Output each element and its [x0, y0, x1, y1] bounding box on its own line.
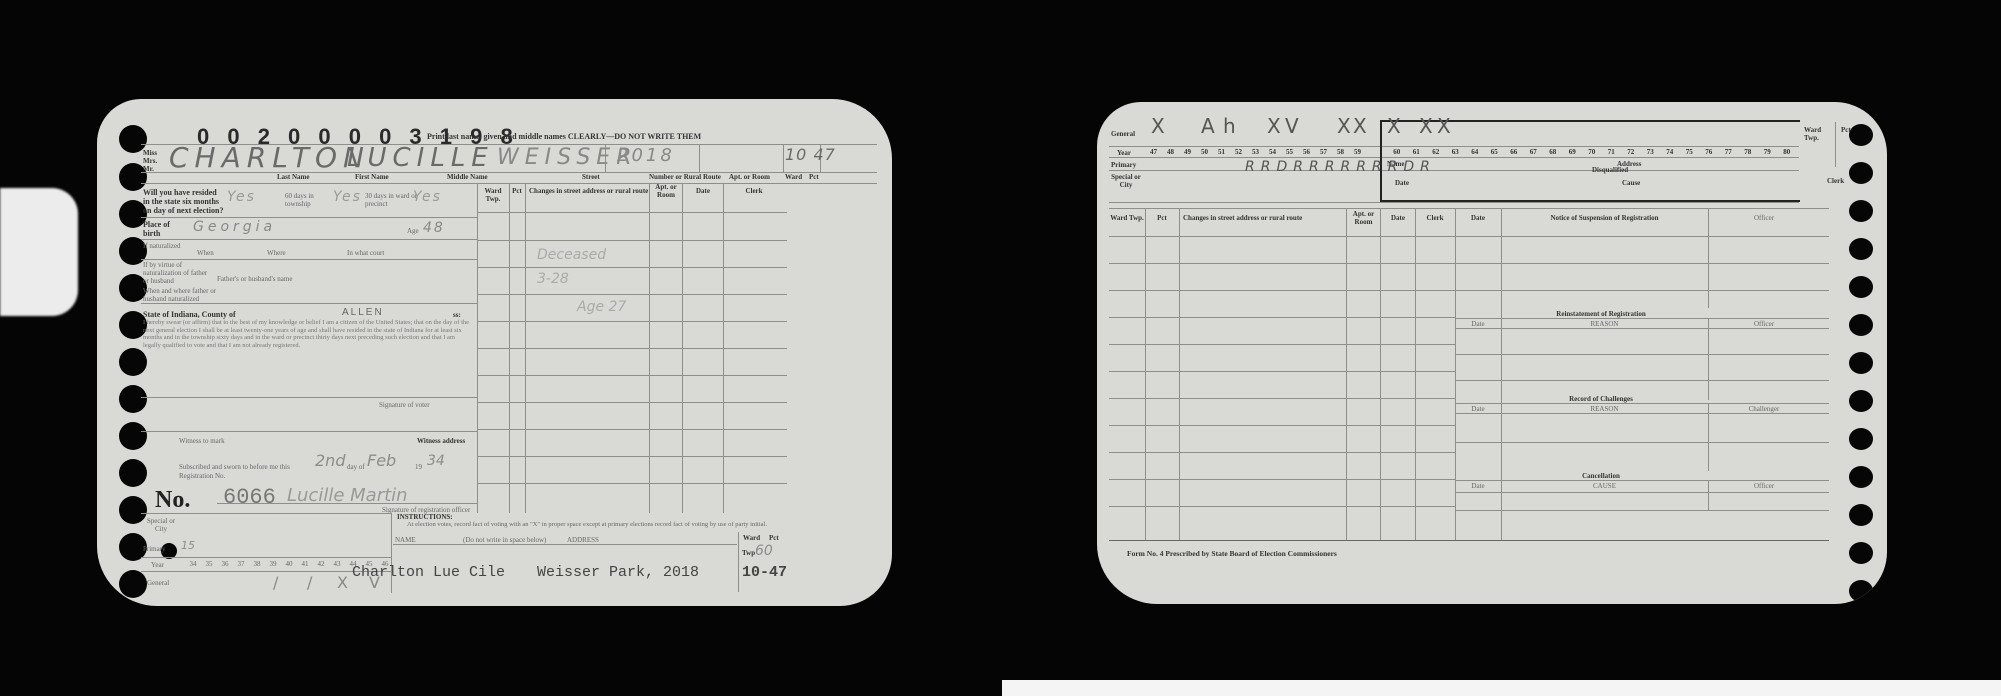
instructions-title: INSTRUCTIONS: — [397, 513, 453, 521]
vote-row-year: Year — [151, 561, 164, 569]
primary-mark: R — [1293, 159, 1303, 175]
primary-mark: D — [1276, 159, 1287, 175]
punch-hole-icon — [1849, 314, 1873, 336]
year-cell: 49 — [1179, 148, 1196, 156]
changes-header-pct: Pct — [509, 187, 525, 195]
year-cell: 80 — [1777, 148, 1797, 156]
year-cell: 77 — [1719, 148, 1739, 156]
day-of-label: day of — [347, 463, 365, 471]
year-cell: 66 — [1504, 148, 1524, 156]
year-cell: 38 — [249, 560, 265, 568]
year-cell: 69 — [1563, 148, 1583, 156]
number-symbol: No. — [155, 487, 190, 514]
changes-header-date: Date — [1381, 214, 1415, 222]
year-cell: 35 — [201, 560, 217, 568]
label-apt: Apt. or Room — [729, 173, 770, 181]
vote-row-general: General — [1111, 130, 1135, 138]
year-cell: 48 — [1162, 148, 1179, 156]
changes-header-ward: Ward Twp. — [1109, 214, 1145, 222]
challenges-header-reason: REASON — [1502, 405, 1707, 413]
year-cell: 65 — [1485, 148, 1505, 156]
year-cell: 73 — [1641, 148, 1661, 156]
changes-header-clerk: Clerk — [724, 187, 784, 195]
changes-header-address: Changes in street address or rural route — [529, 187, 649, 195]
punch-hole-icon — [119, 348, 147, 376]
year-cell: 67 — [1524, 148, 1544, 156]
year-cell: 53 — [1247, 148, 1264, 156]
punch-hole-icon — [1849, 466, 1873, 488]
clerk-label: Clerk — [1827, 177, 1844, 185]
punch-hole-icon — [1849, 238, 1873, 260]
vote-row-primary: Primary — [143, 545, 166, 553]
primary-mark: R — [1340, 159, 1350, 175]
changes-header-apt: Apt. or Room — [1347, 210, 1380, 226]
oath-text: I hereby swear (or affirm) that to the b… — [143, 319, 473, 349]
handwritten-twp: 60 — [755, 543, 773, 559]
date-label: Date — [1395, 179, 1409, 187]
county-value: ALLEN — [342, 307, 384, 318]
year-cell: 47 — [1145, 148, 1162, 156]
year-cell: 39 — [265, 560, 281, 568]
punch-hole-icon — [1849, 504, 1873, 526]
day-value: 2nd — [315, 451, 345, 470]
vote-x-mark: V — [1285, 114, 1299, 138]
title-mrs: Mrs. — [143, 157, 157, 165]
label-first-name: First Name — [355, 173, 389, 181]
residence-township-label: 60 days in township — [285, 192, 335, 208]
vote-row-special: Special or City — [1111, 173, 1141, 189]
disqualified-label: Disqualified — [1592, 166, 1628, 174]
year-cell: 78 — [1738, 148, 1758, 156]
challenges-header-date: Date — [1457, 405, 1499, 413]
year-cell: 75 — [1680, 148, 1700, 156]
reinstatement-title: Reinstatement of Registration — [1501, 310, 1701, 318]
changes-header-date: Date — [683, 187, 723, 195]
reinstatement-header-reason: REASON — [1502, 320, 1707, 328]
vote-x-mark: X — [1353, 114, 1367, 138]
challenges-title: Record of Challenges — [1501, 395, 1701, 403]
year-cell: 55 — [1281, 148, 1298, 156]
year-cell: 60 — [1387, 148, 1407, 156]
vote-x-mark: X — [1387, 114, 1401, 138]
oath-ss: ss: — [453, 311, 461, 319]
vote-x-mark: / — [307, 573, 312, 592]
instructions-twp-label: Twp — [742, 549, 755, 557]
suspension-header-notice: Notice of Suspension of Registration — [1502, 214, 1707, 222]
punch-hole-icon — [119, 422, 147, 450]
year-cell: 57 — [1315, 148, 1332, 156]
primary-marks-row: R R D R R R R R R R D R — [1245, 159, 1430, 175]
year-cell: 56 — [1298, 148, 1315, 156]
street-number-value: 2018 — [617, 145, 675, 166]
vote-row-year: Year — [1117, 149, 1131, 157]
punch-hole-icon — [119, 459, 147, 487]
year-cell: 36 — [217, 560, 233, 568]
year-cell: 71 — [1602, 148, 1622, 156]
ward-twp-label: Ward Twp. — [1804, 126, 1834, 142]
year-cell: 52 — [1230, 148, 1247, 156]
cancellation-header-date: Date — [1457, 482, 1499, 490]
cancellation-title: Cancellation — [1501, 472, 1701, 480]
challenges-header-challenger: Challenger — [1709, 405, 1819, 413]
label-pct: Pct — [809, 173, 819, 181]
form-footer: Form No. 4 Prescribed by State Board of … — [1127, 550, 1337, 558]
punch-hole-icon — [1849, 124, 1873, 146]
punch-hole-icon — [1849, 542, 1873, 564]
age-value: 48 — [423, 220, 445, 236]
years-row-left: 47 48 49 50 51 52 53 54 55 56 57 58 59 — [1145, 148, 1366, 156]
punch-hole-icon — [1849, 390, 1873, 412]
residence-question: Will you have resided in the state six m… — [143, 188, 225, 215]
naturalized-court-label: In what court — [347, 249, 384, 257]
punch-hole-icon — [1849, 352, 1873, 374]
year-cell: 62 — [1426, 148, 1446, 156]
month-value: Feb — [367, 451, 396, 470]
vote-x-mark: h — [1223, 114, 1236, 138]
naturalized-label: If naturalized — [143, 242, 183, 250]
witness-address-label: Witness address — [417, 437, 465, 445]
year-cell: 74 — [1660, 148, 1680, 156]
year-cell: 37 — [233, 560, 249, 568]
birth-value: Georgia — [193, 219, 276, 235]
header-instruction: Print last name, given and middle names … — [427, 132, 701, 141]
year-cell: 79 — [1758, 148, 1778, 156]
reinstatement-header-date: Date — [1457, 320, 1499, 328]
year-cell: 50 — [1196, 148, 1213, 156]
label-street: Street — [582, 173, 600, 181]
cause-label: Cause — [1622, 179, 1640, 187]
naturalized-where-label: Where — [267, 249, 286, 257]
label-last-name: Last Name — [277, 173, 309, 181]
cancellation-header-officer: Officer — [1709, 482, 1819, 490]
year-cell: 70 — [1582, 148, 1602, 156]
cancellation-header-cause: CAUSE — [1502, 482, 1707, 490]
changes-header-address: Changes in street address or rural route — [1183, 214, 1343, 222]
changes-header-apt: Apt. or Room — [650, 183, 682, 199]
registration-no-label: Registration No. — [179, 472, 225, 480]
year-cell: 76 — [1699, 148, 1719, 156]
changes-header-ward: Ward Twp. — [478, 187, 508, 203]
title-miss: Miss — [143, 149, 157, 157]
year-cell: 64 — [1465, 148, 1485, 156]
residence-ward-value: Yes — [413, 189, 442, 205]
label-number: Number or Rural Route — [649, 173, 721, 181]
instructions-ward-label: Ward — [743, 534, 760, 542]
primary-mark: D — [1403, 159, 1414, 175]
punch-hole-icon — [119, 570, 147, 598]
instructions-name-label: NAME — [395, 536, 416, 544]
vote-x-mark: X — [337, 573, 348, 592]
registration-card-back: General Year Primary Special or City 47 … — [1097, 102, 1887, 604]
vote-x-mark: X — [1437, 114, 1451, 138]
suspension-header-officer: Officer — [1709, 214, 1819, 222]
year-cell: 40 — [281, 560, 297, 568]
instructions-text: At election votes, record fact of voting… — [407, 521, 807, 529]
punch-hole-icon — [1849, 162, 1873, 184]
change-entry-3: Age 27 — [577, 299, 626, 315]
punch-hole-icon — [1849, 428, 1873, 450]
vote-row-special: Special or City — [143, 517, 179, 533]
year-cell: 72 — [1621, 148, 1641, 156]
instructions-do-not-write: (Do not write in space below) — [463, 536, 546, 544]
changes-header-pct: Pct — [1146, 214, 1178, 222]
year-cell: 63 — [1446, 148, 1466, 156]
suspension-header-date: Date — [1457, 214, 1499, 222]
primary-mark: R — [1356, 159, 1366, 175]
vote-x-mark: A — [1201, 114, 1215, 138]
year-cell: 61 — [1407, 148, 1427, 156]
typed-name: Charlton Lue Cile — [352, 564, 505, 581]
change-entry-2: 3-28 — [537, 271, 569, 287]
label-middle-name: Middle Name — [447, 173, 488, 181]
vote-x-mark: / — [273, 573, 278, 592]
year-cell: 42 — [313, 560, 329, 568]
punch-hole-icon — [1849, 276, 1873, 298]
primary-mark: 15 — [181, 539, 195, 552]
last-name-value: CHARLTON — [169, 141, 370, 174]
birth-label: Place of birth — [143, 220, 183, 238]
vote-row-primary: Primary — [1111, 161, 1136, 169]
primary-mark: R — [1309, 159, 1319, 175]
typed-address: Weisser Park, 2018 — [537, 564, 699, 581]
punch-hole-icon — [1849, 200, 1873, 222]
year-cell: 41 — [297, 560, 313, 568]
year-cell: 58 — [1332, 148, 1349, 156]
year-cell: 54 — [1264, 148, 1281, 156]
instructions-address-label: ADDRESS — [567, 536, 599, 544]
vote-row-general: General — [147, 579, 169, 587]
primary-mark: R — [1261, 159, 1271, 175]
change-entry-1: Deceased — [537, 247, 606, 263]
when-where-father-label: When and where father or husband natural… — [143, 287, 223, 303]
primary-mark: R — [1372, 159, 1382, 175]
pct-label: Pct — [1841, 126, 1851, 134]
primary-mark: R — [1325, 159, 1335, 175]
changes-header-clerk: Clerk — [1416, 214, 1454, 222]
year-cell: 51 — [1213, 148, 1230, 156]
naturalized-when-label: When — [197, 249, 214, 257]
primary-mark: R — [1420, 159, 1430, 175]
scan-artifact-left — [0, 188, 78, 316]
typed-ward-pct: 10-47 — [742, 564, 787, 581]
witness-label: Witness to mark — [179, 437, 225, 445]
instructions-pct-label: Pct — [769, 534, 779, 542]
ward-pct-value: 10 47 — [785, 145, 836, 164]
residence-township-value: Yes — [333, 189, 362, 205]
years-row-right: 60 61 62 63 64 65 66 67 68 69 70 71 72 7… — [1387, 148, 1797, 156]
virtue-label: If by virtue of naturalization of father… — [143, 261, 213, 285]
residence-state-value: Yes — [227, 189, 256, 205]
vote-x-mark: X — [1419, 114, 1433, 138]
oath-state-county: State of Indiana, County of — [143, 310, 236, 319]
vote-x-mark: X — [1267, 114, 1281, 138]
vote-x-mark: X — [1151, 114, 1165, 138]
year-prefix: 19 — [415, 463, 422, 471]
registration-card-front: 0 0 2 0 0 0 0 3 1 9 8 Print last name, g… — [97, 99, 892, 606]
punch-hole-icon — [1849, 580, 1873, 602]
signature-voter-label: Signature of voter — [379, 401, 430, 409]
year-cell: 68 — [1543, 148, 1563, 156]
primary-mark: R — [1245, 159, 1255, 175]
scan-artifact-bottom — [1002, 680, 2001, 696]
year-cell: 43 — [329, 560, 345, 568]
age-label: Age — [407, 227, 419, 235]
first-name-value: LUCILLE — [347, 143, 494, 173]
subscribed-label: Subscribed and sworn to before me this — [179, 463, 290, 471]
father-name-label: Father's or husband's name — [217, 275, 292, 283]
vote-x-mark: X — [1337, 114, 1351, 138]
year-value: 34 — [427, 453, 445, 469]
year-cell: 59 — [1349, 148, 1366, 156]
reinstatement-header-officer: Officer — [1709, 320, 1819, 328]
year-cell: 34 — [185, 560, 201, 568]
registration-number: 6066 — [223, 485, 276, 510]
label-ward: Ward — [785, 173, 802, 181]
primary-mark: R — [1388, 159, 1398, 175]
punch-hole-icon — [119, 385, 147, 413]
